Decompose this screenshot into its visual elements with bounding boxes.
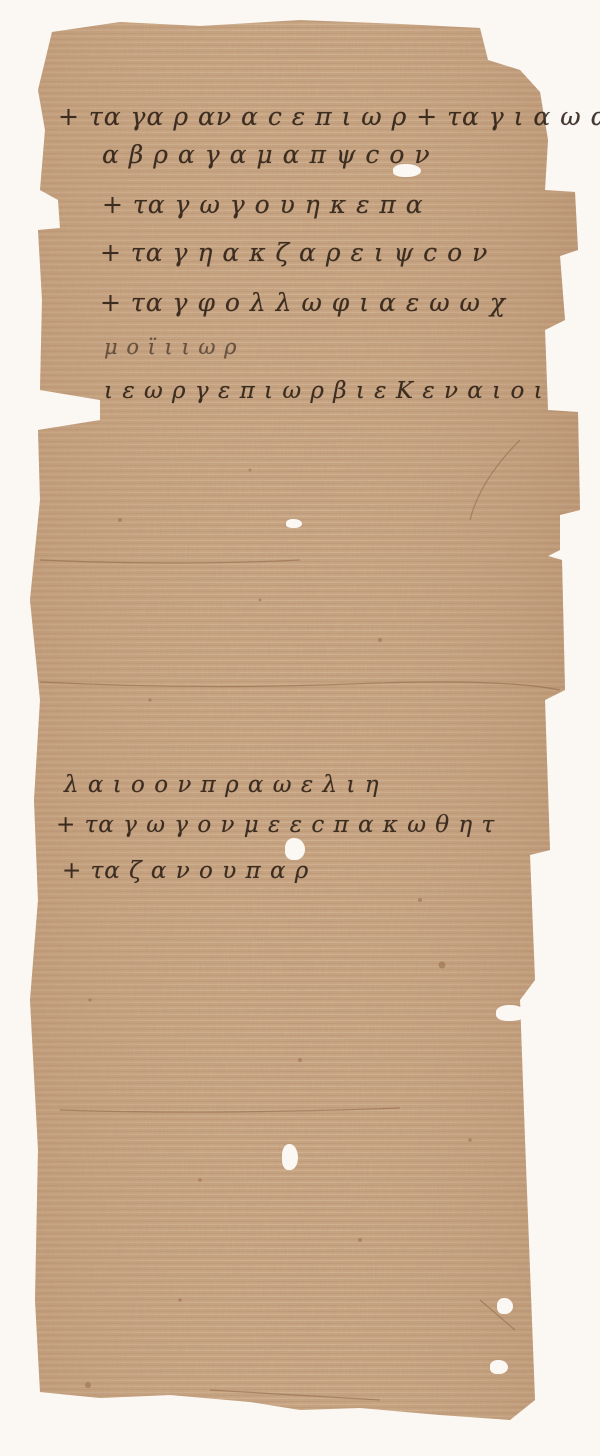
text-line: λ α ι ο ο ν π ρ α ω ε λ ι η bbox=[64, 772, 380, 798]
text-line: + τα γ η α κ ζ α ρ ε ι ψ c ο ν bbox=[100, 238, 488, 267]
papyrus-hole bbox=[497, 1298, 513, 1314]
document-viewer: + τα γα ρ αν α c ε π ι ω ρ + τα γ ι α ω … bbox=[0, 0, 600, 1456]
papyrus-hole bbox=[285, 838, 305, 860]
text-line: + τα γ ω γ ο ν μ ε ε c π α κ ω θ η τ bbox=[56, 812, 495, 838]
papyrus-hole bbox=[286, 519, 302, 528]
text-line: + τα γ φ ο λ λ ω φ ι α ε ω ω χ bbox=[100, 288, 506, 317]
papyrus-hole bbox=[496, 1005, 526, 1021]
papyrus-hole bbox=[490, 1360, 508, 1374]
text-line: ι ε ω ρ γ ε π ι ω ρ β ι ε Κ ε ν α ι ο ι bbox=[104, 378, 544, 404]
text-line: μ ο ϊ ι ι ω ρ bbox=[104, 335, 238, 359]
text-line: + τα γ ω γ ο υ η κ ε π α bbox=[102, 190, 424, 219]
text-line: + τα γα ρ αν α c ε π ι ω ρ + τα γ ι α ω … bbox=[58, 102, 600, 131]
text-line: α β ρ α γ α μ α π ψ c ο ν bbox=[102, 140, 431, 169]
text-line: + τα ζ α ν ο υ π α ρ bbox=[62, 858, 309, 884]
papyrus-hole bbox=[282, 1144, 298, 1170]
